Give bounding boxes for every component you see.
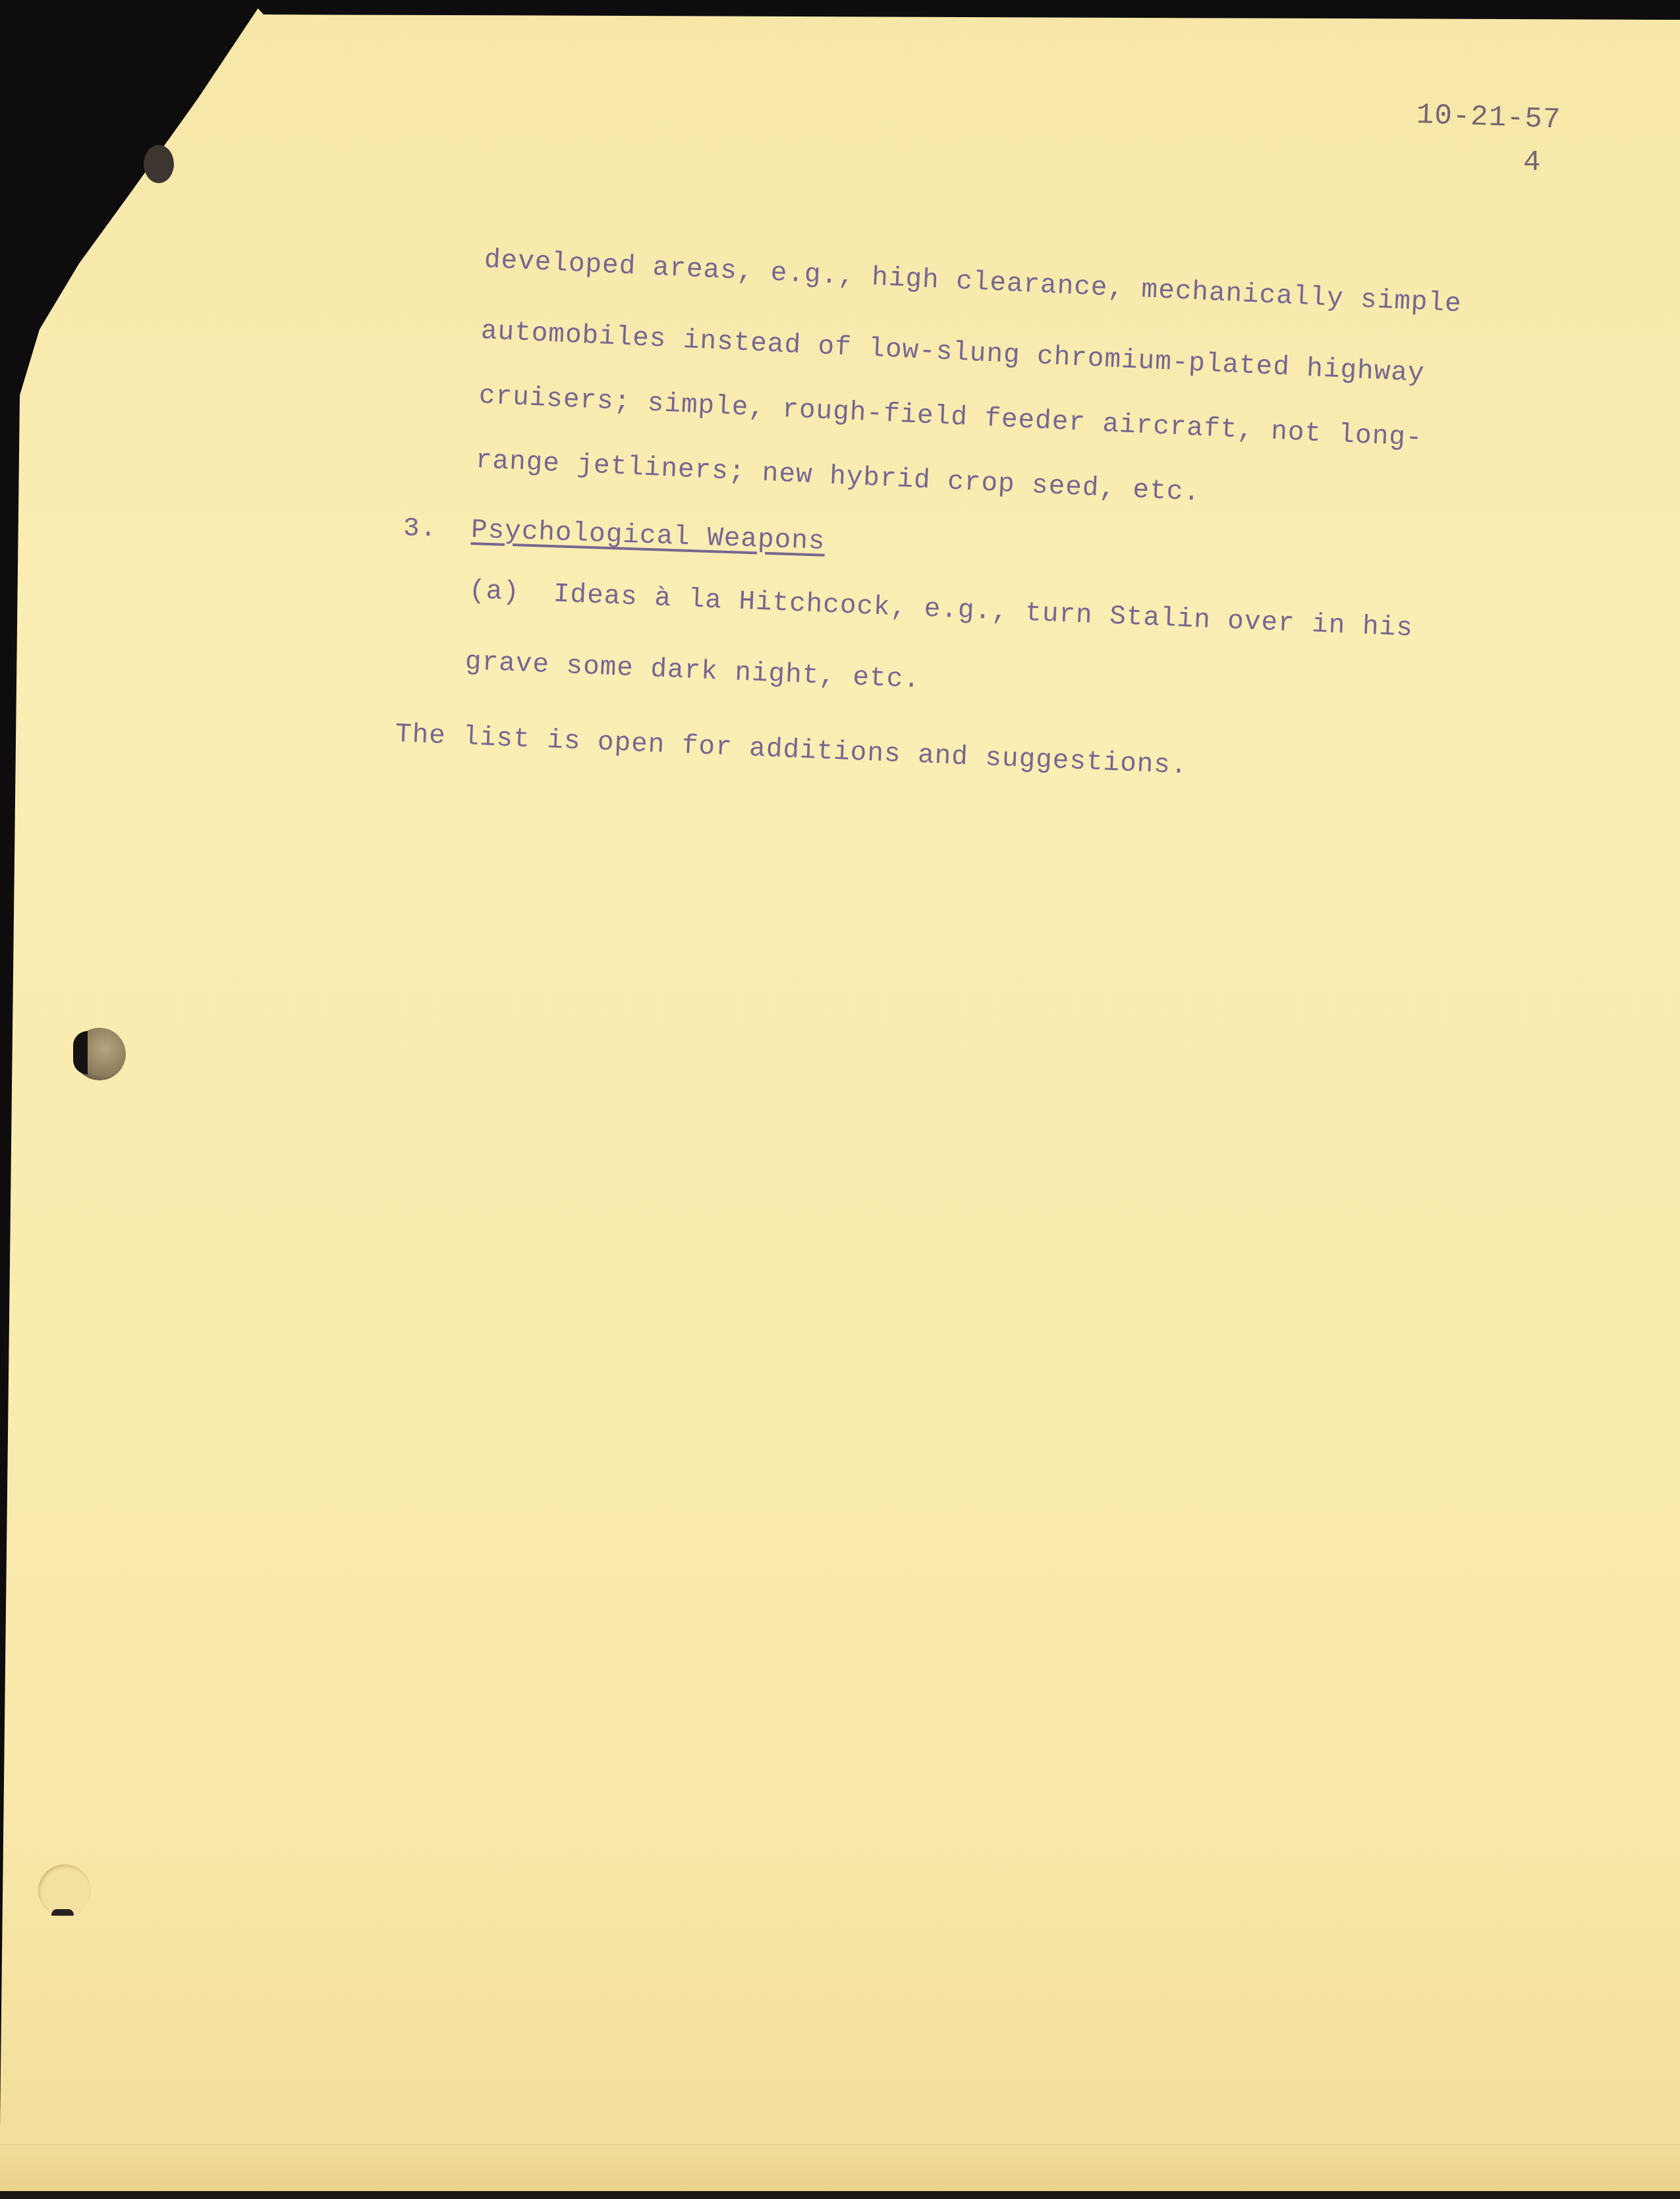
list-item-label: (a) bbox=[468, 576, 520, 608]
scan-background-bottom bbox=[0, 2191, 1680, 2199]
punch-hole-top bbox=[144, 145, 174, 183]
punch-hole-middle bbox=[73, 1028, 126, 1080]
section-number: 3. bbox=[403, 514, 437, 544]
page-number: 4 bbox=[1523, 146, 1541, 179]
punch-hole-bottom bbox=[38, 1864, 91, 1917]
typed-page bbox=[0, 0, 1680, 2199]
document-date: 10-21-57 bbox=[1416, 99, 1561, 137]
